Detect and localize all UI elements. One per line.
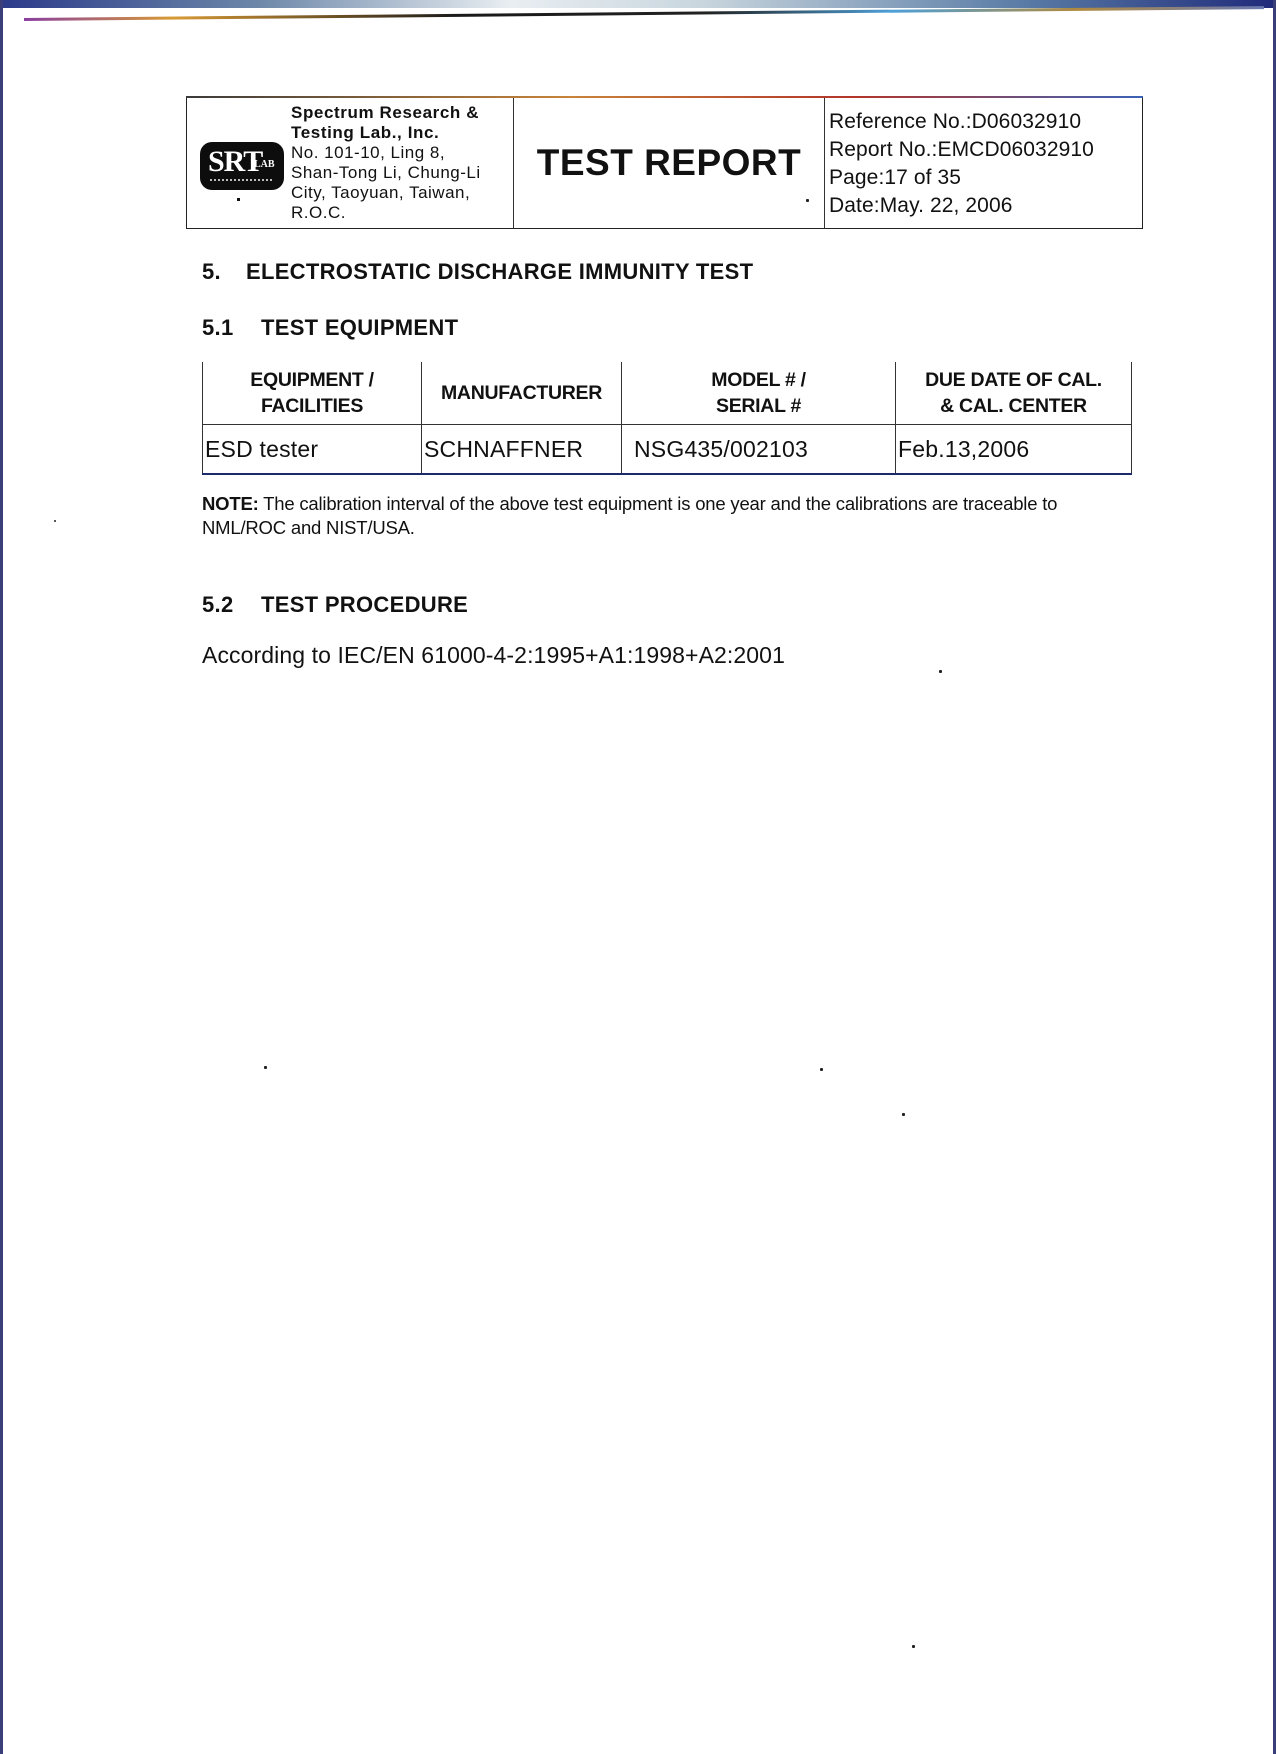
section-5-1-heading: 5.1TEST EQUIPMENT (202, 315, 458, 341)
table-row: ESD tester SCHNAFFNER NSG435/002103 Feb.… (203, 425, 1132, 475)
note-text: The calibration interval of the above te… (202, 493, 1057, 538)
scan-speck (237, 198, 240, 201)
logo-sub-text: LAB (254, 159, 275, 170)
table-header-row: EQUIPMENT / FACILITIES MANUFACTURER MODE… (203, 362, 1132, 425)
report-header: SRT LAB Spectrum Research & Testing Lab.… (186, 97, 1143, 229)
section-number: 5.1 (202, 315, 261, 341)
logo-decoration (210, 179, 272, 181)
section-5-2-heading: 5.2TEST PROCEDURE (202, 592, 468, 618)
company-info: Spectrum Research & Testing Lab., Inc. N… (291, 103, 481, 223)
scan-speck (820, 1068, 823, 1071)
report-number: Report No.:EMCD06032910 (829, 136, 1142, 164)
column-header-equipment: EQUIPMENT / FACILITIES (203, 362, 422, 425)
company-address-line: City, Taoyuan, Taiwan, (291, 183, 481, 203)
section-number: 5.2 (202, 592, 261, 618)
company-name-line: Spectrum Research & (291, 103, 481, 123)
scan-border-top (0, 0, 1276, 8)
calibration-note: NOTE: The calibration interval of the ab… (202, 492, 1102, 540)
section-title: ELECTROSTATIC DISCHARGE IMMUNITY TEST (246, 259, 753, 284)
title-block: TEST REPORT (514, 98, 825, 228)
report-date: Date:May. 22, 2006 (829, 192, 1142, 220)
cell-due-date: Feb.13,2006 (896, 425, 1132, 475)
report-meta: Reference No.:D06032910 Report No.:EMCD0… (825, 98, 1142, 228)
section-number: 5. (202, 259, 246, 285)
scan-artifact-line (24, 6, 1264, 21)
scan-speck (806, 199, 809, 202)
scan-speck (939, 670, 942, 673)
cell-model-serial: NSG435/002103 (622, 425, 896, 475)
note-label: NOTE: (202, 493, 259, 514)
column-header-manufacturer: MANUFACTURER (422, 362, 622, 425)
srt-lab-logo: SRT LAB (200, 142, 284, 190)
scan-speck (902, 1113, 905, 1116)
company-address-line: R.O.C. (291, 203, 481, 223)
company-name-line: Testing Lab., Inc. (291, 123, 481, 143)
section-title: TEST PROCEDURE (261, 592, 468, 617)
column-header-model-serial: MODEL # / SERIAL # (622, 362, 896, 425)
page-number: Page:17 of 35 (829, 164, 1142, 192)
equipment-table: EQUIPMENT / FACILITIES MANUFACTURER MODE… (202, 362, 1132, 475)
report-title: TEST REPORT (537, 142, 802, 184)
cell-equipment: ESD tester (203, 425, 422, 475)
cell-manufacturer: SCHNAFFNER (422, 425, 622, 475)
scan-speck (54, 520, 56, 522)
company-address-line: No. 101-10, Ling 8, (291, 143, 481, 163)
reference-number: Reference No.:D06032910 (829, 108, 1142, 136)
section-5-heading: 5.ELECTROSTATIC DISCHARGE IMMUNITY TEST (202, 259, 753, 285)
scan-border-left (0, 0, 3, 1754)
column-header-due-date: DUE DATE OF CAL. & CAL. CENTER (896, 362, 1132, 425)
section-title: TEST EQUIPMENT (261, 315, 458, 340)
company-block: SRT LAB Spectrum Research & Testing Lab.… (187, 98, 514, 228)
scan-speck (912, 1645, 915, 1648)
company-address-line: Shan-Tong Li, Chung-Li (291, 163, 481, 183)
scan-speck (264, 1066, 267, 1069)
procedure-text: According to IEC/EN 61000-4-2:1995+A1:19… (202, 642, 785, 669)
